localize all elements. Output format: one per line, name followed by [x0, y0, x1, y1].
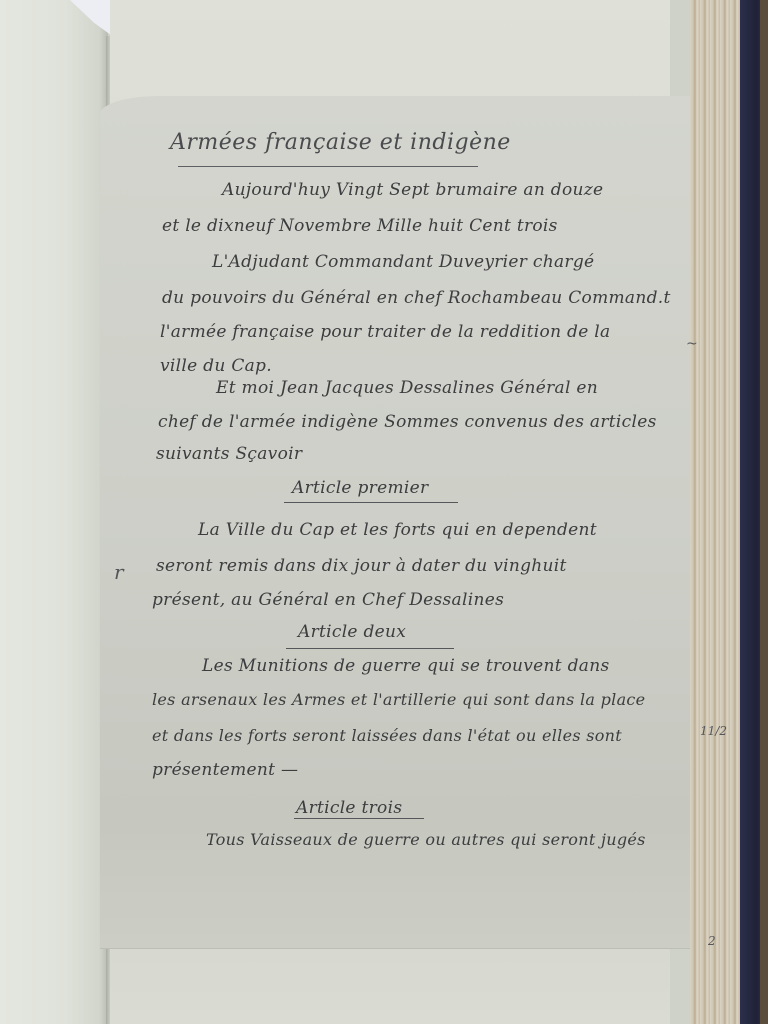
article-heading-underline — [294, 818, 424, 819]
text-line: suivants Sçavoir — [156, 444, 302, 464]
article-heading-underline — [284, 502, 458, 503]
text-line: et dans les forts seront laissées dans l… — [152, 726, 622, 745]
book-cover-edge — [760, 0, 768, 1024]
document-title: Armées française et indigène — [170, 130, 511, 155]
text-line: présent, au Général en Chef Dessalines — [152, 590, 504, 610]
text-line: Tous Vaisseaux de guerre ou autres qui s… — [206, 830, 646, 849]
margin-mark: 2 — [708, 934, 716, 948]
article-heading-underline — [286, 648, 454, 649]
text-line: chef de l'armée indigène Sommes convenus… — [158, 412, 657, 432]
text-line: ville du Cap. — [160, 356, 272, 376]
article-heading: Article trois — [296, 798, 402, 818]
margin-mark: 11/2 — [700, 724, 727, 738]
text-line: Aujourd'huy Vingt Sept brumaire an douze — [222, 180, 603, 200]
article-heading: Article deux — [298, 622, 406, 642]
margin-mark: r — [114, 560, 124, 584]
text-line: du pouvoirs du Général en chef Rochambea… — [162, 288, 671, 308]
article-heading: Article premier — [292, 478, 428, 498]
text-line: seront remis dans dix jour à dater du vi… — [156, 556, 567, 576]
text-line: La Ville du Cap et les forts qui en depe… — [198, 520, 597, 540]
text-line: et le dixneuf Novembre Mille huit Cent t… — [162, 216, 558, 236]
text-line: présentement — — [152, 760, 298, 780]
text-line: Et moi Jean Jacques Dessalines Général e… — [216, 378, 598, 398]
left-page — [0, 0, 108, 1024]
text-line: l'armée française pour traiter de la red… — [160, 322, 610, 342]
margin-mark: ~ — [686, 336, 698, 352]
text-line: L'Adjudant Commandant Duveyrier chargé — [212, 252, 594, 272]
page-edges — [690, 0, 740, 1024]
text-line: Les Munitions de guerre qui se trouvent … — [202, 656, 610, 676]
text-line: les arsenaux les Armes et l'artillerie q… — [152, 690, 645, 709]
title-underline — [178, 166, 478, 167]
